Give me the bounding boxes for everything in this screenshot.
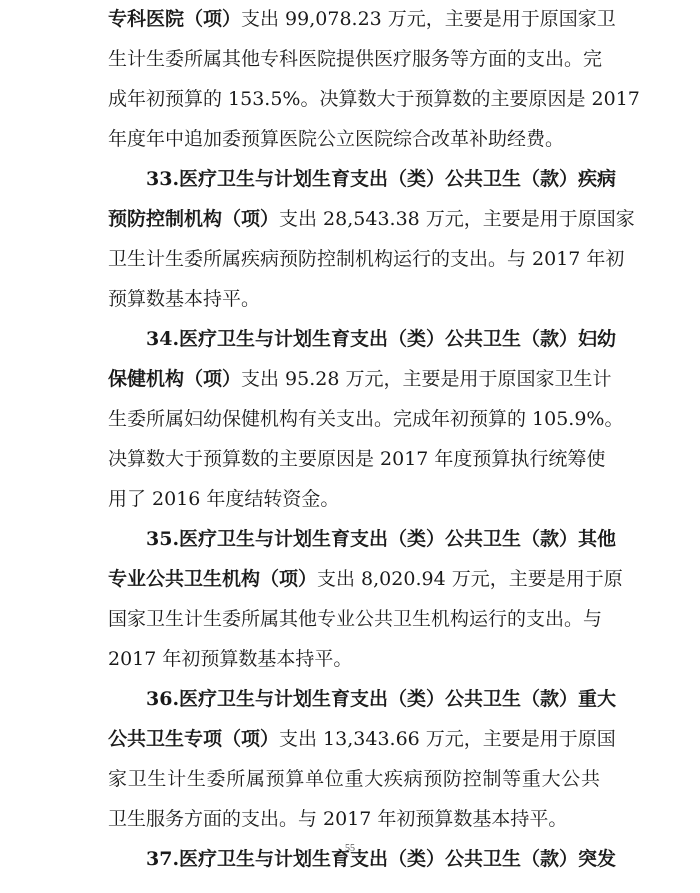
bold-text: 33.医疗卫生与计划生育支出（类）公共卫生（款）疾病 (146, 168, 616, 190)
paragraph-line: 保健机构（项）支出 95.28 万元，主要是用于原国家卫生计 (108, 364, 600, 394)
bold-text: 专科医院（项） (108, 8, 241, 30)
paragraph-line: 成年初预算的 153.5%。决算数大于预算数的主要原因是 2017 (108, 84, 600, 114)
section-heading-line: 35.医疗卫生与计划生育支出（类）公共卫生（款）其他 (146, 524, 600, 554)
body-text: 预算数基本持平。 (108, 288, 260, 310)
body-text: 年度年中追加委预算医院公立医院综合改革补助经费。 (108, 128, 564, 150)
section-heading-line: 33.医疗卫生与计划生育支出（类）公共卫生（款）疾病 (146, 164, 600, 194)
paragraph-line: 决算数大于预算数的主要原因是 2017 年度预算执行统筹使 (108, 444, 600, 474)
bold-text: 35.医疗卫生与计划生育支出（类）公共卫生（款）其他 (146, 528, 616, 550)
paragraph-line: 预防控制机构（项）支出 28,543.38 万元，主要是用于原国家 (108, 204, 600, 234)
body-text: 家卫生计生委所属预算单位重大疾病预防控制等重大公共 (108, 768, 600, 790)
paragraph-line: 专科医院（项）支出 99,078.23 万元，主要是用于原国家卫 (108, 4, 600, 34)
bold-text: 34.医疗卫生与计划生育支出（类）公共卫生（款）妇幼 (146, 328, 616, 350)
paragraph-line: 生计生委所属其他专科医院提供医疗服务等方面的支出。完 (108, 44, 600, 74)
paragraph-line: 家卫生计生委所属预算单位重大疾病预防控制等重大公共 (108, 764, 600, 794)
body-text: 国家卫生计生委所属其他专业公共卫生机构运行的支出。与 (108, 608, 602, 630)
document-page: 专科医院（项）支出 99,078.23 万元，主要是用于原国家卫生计生委所属其他… (0, 0, 700, 893)
paragraph-line: 专业公共卫生机构（项）支出 8,020.94 万元，主要是用于原 (108, 564, 600, 594)
body-text: 支出 95.28 万元，主要是用于原国家卫生计 (241, 368, 611, 390)
bold-text: 公共卫生专项（项） (108, 728, 279, 750)
paragraph-line: 用了 2016 年度结转资金。 (108, 484, 600, 514)
body-text: 成年初预算的 153.5%。决算数大于预算数的主要原因是 2017 (108, 88, 640, 110)
body-text: 卫生计生委所属疾病预防控制机构运行的支出。与 2017 年初 (108, 248, 624, 270)
section-heading-line: 34.医疗卫生与计划生育支出（类）公共卫生（款）妇幼 (146, 324, 600, 354)
bold-text: 预防控制机构（项） (108, 208, 279, 230)
bold-text: 36.医疗卫生与计划生育支出（类）公共卫生（款）重大 (146, 688, 616, 710)
body-text: 2017 年初预算数基本持平。 (108, 648, 352, 670)
body-text: 生委所属妇幼保健机构有关支出。完成年初预算的 105.9%。 (108, 408, 624, 430)
page-number: 55 (0, 843, 700, 854)
section-heading-line: 36.医疗卫生与计划生育支出（类）公共卫生（款）重大 (146, 684, 600, 714)
paragraph-line: 卫生计生委所属疾病预防控制机构运行的支出。与 2017 年初 (108, 244, 600, 274)
bold-text: 保健机构（项） (108, 368, 241, 390)
bold-text: 专业公共卫生机构（项） (108, 568, 317, 590)
body-text: 支出 99,078.23 万元，主要是用于原国家卫 (241, 8, 616, 30)
body-text: 支出 13,343.66 万元，主要是用于原国 (279, 728, 616, 750)
paragraph-line: 年度年中追加委预算医院公立医院综合改革补助经费。 (108, 124, 600, 154)
body-text: 决算数大于预算数的主要原因是 2017 年度预算执行统筹使 (108, 448, 605, 470)
body-text: 用了 2016 年度结转资金。 (108, 488, 339, 510)
paragraph-line: 公共卫生专项（项）支出 13,343.66 万元，主要是用于原国 (108, 724, 600, 754)
paragraph-line: 2017 年初预算数基本持平。 (108, 644, 600, 674)
body-text: 卫生服务方面的支出。与 2017 年初预算数基本持平。 (108, 808, 567, 830)
paragraph-line: 卫生服务方面的支出。与 2017 年初预算数基本持平。 (108, 804, 600, 834)
paragraph-line: 生委所属妇幼保健机构有关支出。完成年初预算的 105.9%。 (108, 404, 600, 434)
body-text: 生计生委所属其他专科医院提供医疗服务等方面的支出。完 (108, 48, 602, 70)
paragraph-line: 国家卫生计生委所属其他专业公共卫生机构运行的支出。与 (108, 604, 600, 634)
body-text: 支出 28,543.38 万元，主要是用于原国家 (279, 208, 635, 230)
body-text: 支出 8,020.94 万元，主要是用于原 (317, 568, 623, 590)
paragraph-line: 预算数基本持平。 (108, 284, 600, 314)
